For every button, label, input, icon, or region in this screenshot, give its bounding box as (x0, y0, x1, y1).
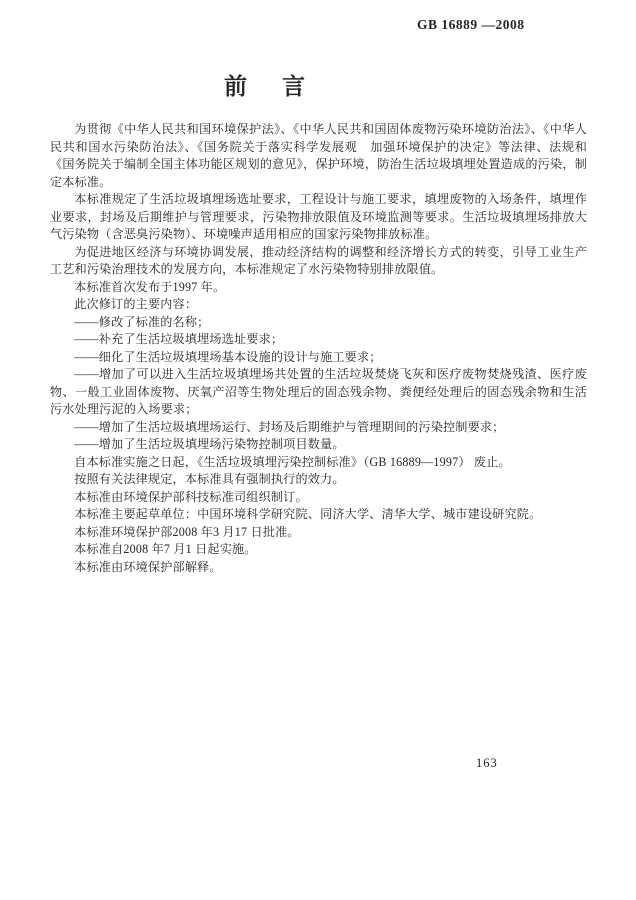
paragraph: ——增加了可以进入生活垃圾填埋场共处置的生活垃圾焚烧飞灰和医疗废物焚烧残渣、医疗… (50, 366, 587, 419)
paragraph: 本标准由环境保护部解释。 (50, 559, 587, 577)
page-number: 163 (476, 756, 498, 771)
paragraph: 本标准规定了生活垃圾填埋场选址要求，工程设计与施工要求，填埋废物的入场条件，填埋… (50, 191, 587, 244)
paragraph: 为促进地区经济与环境协调发展，推动经济结构的调整和经济增长方式的转变，引导工业生… (50, 244, 587, 279)
paragraph: ——增加了生活垃圾填埋场运行、封场及后期维护与管理期间的污染控制要求； (50, 419, 587, 437)
paragraph: ——细化了生活垃圾填埋场基本设施的设计与施工要求； (50, 349, 587, 367)
paragraph: ——补充了生活垃圾填埋场选址要求； (50, 331, 587, 349)
standard-code: GB 16889 —2008 (417, 17, 525, 33)
document-body: 为贯彻《中华人民共和国环境保护法》、《中华人民共和国固体废物污染环境防治法》、《… (50, 121, 587, 576)
paragraph: 本标准由环境保护部科技标准司组织制订。 (50, 489, 587, 507)
paragraph: 本标准主要起草单位：中国环境科学研究院、同济大学、清华大学、城市建设研究院。 (50, 506, 587, 524)
page-title: 前 言 (224, 68, 311, 101)
paragraph: 此次修订的主要内容： (50, 296, 587, 314)
paragraph: 按照有关法律规定，本标准具有强制执行的效力。 (50, 471, 587, 489)
paragraph: ——修改了标准的名称； (50, 314, 587, 332)
paragraph: 本标准首次发布于1997 年。 (50, 279, 587, 297)
paragraph: 本标准自2008 年7 月1 日起实施。 (50, 541, 587, 559)
paragraph: 自本标准实施之日起，《生活垃圾填埋污染控制标准》（GB 16889—1997） … (50, 454, 587, 472)
paragraph: ——增加了生活垃圾填埋场污染物控制项目数量。 (50, 436, 587, 454)
paragraph: 为贯彻《中华人民共和国环境保护法》、《中华人民共和国固体废物污染环境防治法》、《… (50, 121, 587, 191)
document-page: GB 16889 —2008 前 言 为贯彻《中华人民共和国环境保护法》、《中华… (0, 0, 636, 900)
paragraph: 本标准环境保护部2008 年3 月17 日批准。 (50, 524, 587, 542)
